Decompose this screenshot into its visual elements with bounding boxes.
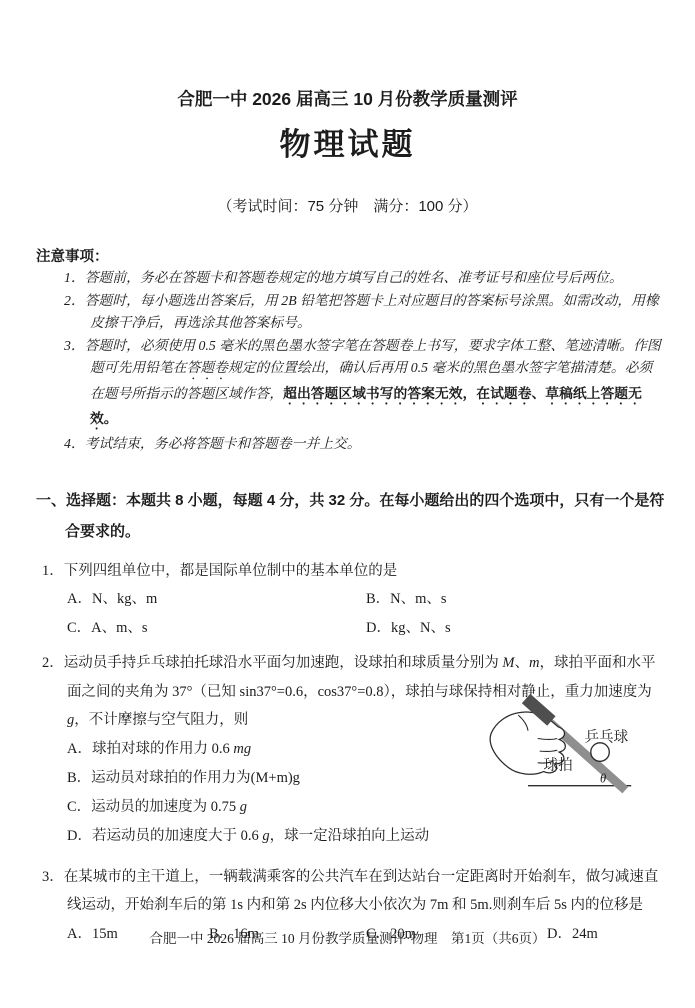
- option-text: kg、N、s: [391, 620, 451, 636]
- notice-item-text: 考试结束，务必将答题卡和答题卷一并上交。: [85, 436, 361, 451]
- option-c: C．A、m、s: [67, 614, 366, 643]
- option-text: 运动员的加速度为 0.75 g: [91, 799, 247, 815]
- option-text: N、m、s: [390, 591, 446, 607]
- question-number: 3．: [42, 869, 64, 885]
- notice-item-2: 2．答题时，每小题选出答案后，用 2B 铅笔把答题卡上对应题目的答案标号涂黑。如…: [64, 290, 665, 335]
- option-a: A．N、kg、m: [67, 585, 366, 614]
- option-label: B．: [67, 770, 91, 786]
- notice-item-1: 1．答题前，务必在答题卡和答题卷规定的地方填写自己的姓名、准考证号和座位号后两位…: [64, 267, 665, 290]
- exam-duration-score: （考试时间：75 分钟 满分：100 分）: [0, 197, 695, 217]
- section-one-heading: 一、选择题：本题共 8 小题，每题 4 分，共 32 分。在每小题给出的四个选项…: [36, 485, 665, 547]
- notice-item-number: 3．: [64, 338, 85, 353]
- exam-paper-page: 合肥一中 2026 届高三 10 月份教学质量测评 物理试题 （考试时间：75 …: [0, 0, 695, 1008]
- question-number: 2．: [42, 655, 64, 671]
- question-1: 1．下列四组单位中，都是国际单位制中的基本单位的是 A．N、kg、m B．N、m…: [42, 557, 665, 644]
- notice-item-number: 4．: [64, 436, 85, 451]
- option-b: B．N、m、s: [366, 585, 665, 614]
- question-1-stem: 1．下列四组单位中，都是国际单位制中的基本单位的是: [42, 557, 665, 586]
- notice-item-text: 答题时，每小题选出答案后，用 2B 铅笔把答题卡上对应题目的答案标号涂黑。如需改…: [85, 293, 659, 331]
- notice-item-text: 答题前，务必在答题卡和答题卷规定的地方填写自己的姓名、准考证号和座位号后两位。: [85, 270, 623, 285]
- question-1-options: A．N、kg、m B．N、m、s C．A、m、s D．kg、N、s: [67, 585, 665, 643]
- label-angle: θ: [600, 772, 606, 786]
- notice-item-number: 2．: [64, 293, 85, 308]
- page-footer: 合肥一中 2026 届高三 10 月份教学质量测评·物理 第1页（共6页）: [0, 929, 695, 949]
- option-label: D．: [67, 828, 92, 844]
- label-paddle: 球拍: [544, 757, 573, 774]
- question-text: 在某城市的主干道上，一辆载满乘客的公共汽车在到达站台一定距离时开始刹车，做匀减速…: [64, 869, 659, 914]
- option-text: 运动员对球拍的作用力为(M+m)g: [91, 770, 300, 786]
- option-label: C．: [67, 799, 91, 815]
- option-text: 若运动员的加速度大于 0.6 g，球一定沿球拍向上运动: [92, 828, 429, 844]
- notice-section: 注意事项： 1．答题前，务必在答题卡和答题卷规定的地方填写自己的姓名、准考证号和…: [36, 247, 665, 456]
- notice-item-text: 答题时，必须使用 0.5 毫米的黑色墨水签字笔在答题卷上书写，要求字体工整、笔迹…: [85, 338, 661, 427]
- option-label: A．: [67, 591, 92, 607]
- option-d: D．kg、N、s: [366, 614, 665, 643]
- question-3-stem: 3．在某城市的主干道上，一辆载满乘客的公共汽车在到达站台一定距离时开始刹车，做匀…: [42, 863, 665, 920]
- notice-item-4: 4．考试结束，务必将答题卡和答题卷一并上交。: [64, 433, 665, 456]
- paper-title: 物理试题: [0, 125, 695, 165]
- option-text: 球拍对球的作用力 0.6 mg: [92, 741, 251, 757]
- notice-heading: 注意事项：: [36, 247, 665, 267]
- notice-item-number: 1．: [64, 270, 85, 285]
- option-text: N、kg、m: [92, 591, 157, 607]
- ping-pong-ball-shape: [591, 743, 609, 761]
- option-label: C．: [67, 620, 91, 636]
- question-text: 下列四组单位中，都是国际单位制中的基本单位的是: [64, 563, 398, 579]
- option-label: B．: [366, 591, 390, 607]
- question-number: 1．: [42, 563, 64, 579]
- option-text: A、m、s: [91, 620, 147, 636]
- option-label: A．: [67, 741, 92, 757]
- option-label: D．: [366, 620, 391, 636]
- paddle-ball-figure: 乒乓球 球拍 θ: [483, 683, 683, 829]
- notice-item-3: 3．答题时，必须使用 0.5 毫米的黑色墨水签字笔在答题卷上书写，要求字体工整、…: [64, 335, 665, 434]
- label-ball: 乒乓球: [584, 729, 628, 746]
- exam-session-title: 合肥一中 2026 届高三 10 月份教学质量测评: [0, 0, 695, 110]
- question-2: 2．运动员手持乒乓球拍托球沿水平面匀加速跑，设球拍和球质量分别为 M、m，球拍平…: [42, 649, 665, 851]
